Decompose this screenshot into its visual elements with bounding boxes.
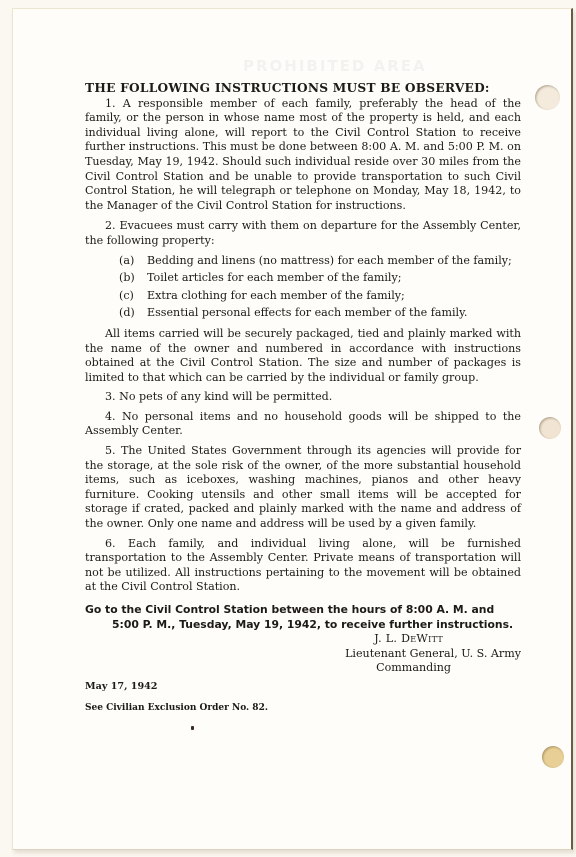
list-item-text: Toilet articles for each member of the f… [147,271,521,286]
reverse-side-showthrough: PROHIBITED AREA [243,57,427,75]
binder-hole-top [535,85,560,110]
list-item-text: Bedding and linens (no mattress) for eac… [147,254,521,269]
signatory-title: Lieutenant General, U. S. Army [85,647,521,662]
list-item-text: Essential personal effects for each memb… [147,306,521,321]
list-item: (c) Extra clothing for each member of th… [85,289,521,304]
instruction-5: 5. The United States Government through … [85,444,521,532]
page-heading: THE FOLLOWING INSTRUCTIONS MUST BE OBSER… [85,81,521,96]
list-item-label: (d) [85,306,147,321]
instruction-1: 1. A responsible member of each family, … [85,97,521,214]
binder-hole-bottom [542,746,564,768]
list-item-text: Extra clothing for each member of the fa… [147,289,521,304]
instructions-body: THE FOLLOWING INSTRUCTIONS MUST BE OBSER… [85,81,521,715]
list-item: (b) Toilet articles for each member of t… [85,271,521,286]
packaging-instructions: All items carried will be securely packa… [85,327,521,385]
instruction-3: 3. No pets of any kind will be permitted… [85,390,521,405]
list-item-label: (a) [85,254,147,269]
instruction-2: 2. Evacuees must carry with them on depa… [85,219,521,248]
document-page: PROHIBITED AREA THE FOLLOWING INSTRUCTIO… [12,8,573,850]
ink-speck [191,726,194,730]
signature-block: J. L. DeWitt Lieutenant General, U. S. A… [85,632,521,676]
binder-hole-middle [539,417,561,439]
closing-line-2: 5:00 P. M., Tuesday, May 19, 1942, to re… [85,618,521,633]
signatory-role: Commanding [85,661,521,676]
instruction-6: 6. Each family, and individual living al… [85,537,521,595]
list-item: (d) Essential personal effects for each … [85,306,521,321]
instruction-4: 4. No personal items and no household go… [85,410,521,439]
list-item-label: (c) [85,289,147,304]
signatory-name: J. L. DeWitt [85,632,521,647]
issue-date: May 17, 1942 [85,680,521,695]
order-reference: See Civilian Exclusion Order No. 82. [85,701,521,716]
closing-instruction: Go to the Civil Control Station between … [85,603,521,632]
closing-line-1: Go to the Civil Control Station between … [85,603,494,616]
list-item: (a) Bedding and linens (no mattress) for… [85,254,521,269]
list-item-label: (b) [85,271,147,286]
property-list: (a) Bedding and linens (no mattress) for… [85,254,521,321]
